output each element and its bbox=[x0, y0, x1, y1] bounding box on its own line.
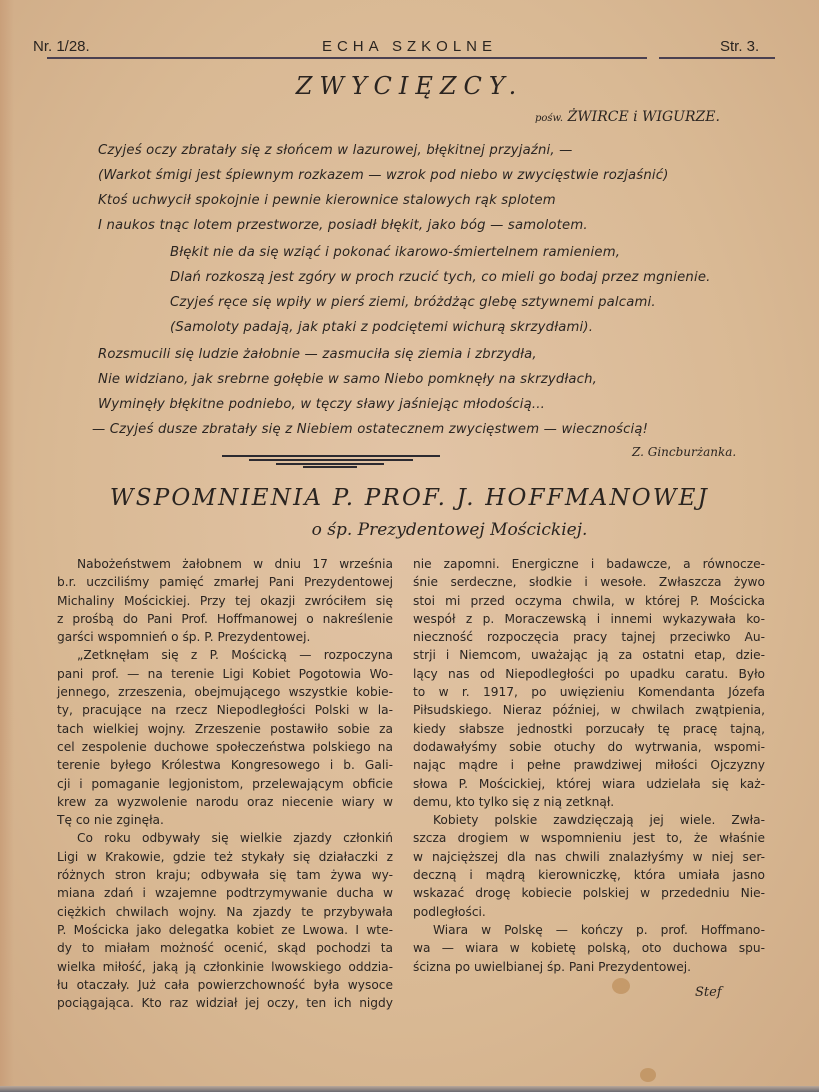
article-text-line: nie zapomni. Energiczne i badawcze, a ró… bbox=[413, 555, 765, 573]
poem-line: Ktoś uchwycił spokojnie i pewnie kierown… bbox=[98, 193, 556, 208]
page-edge-bottom bbox=[0, 1086, 819, 1092]
article-signature: Stef bbox=[695, 985, 722, 1000]
article-text-line: b.r. uczciliśmy pamięć zmarłej Pani Prez… bbox=[57, 573, 393, 591]
article-text-line: nając mądre i pełne prawdziwej miłości O… bbox=[413, 756, 765, 774]
article-text-line: dodawałyśmy sobie otuchy do wytrwania, w… bbox=[413, 738, 765, 756]
article-text-line: podległości. bbox=[413, 903, 765, 921]
page-number: Str. 3. bbox=[720, 38, 759, 55]
article-text-line: wa — wiara w kobietę polską, oto duchowa… bbox=[413, 939, 765, 957]
poem-line: (Samoloty padają, jak ptaki z podciętemi… bbox=[170, 320, 593, 335]
article-text-line: kiedy słabsze jednostki porzucały tę pra… bbox=[413, 720, 765, 738]
article-text-line: to w r. 1917, po uwięzieniu Komendanta J… bbox=[413, 683, 765, 701]
publication-title: ECHA SZKOLNE bbox=[0, 38, 819, 55]
paper-stain bbox=[640, 1068, 656, 1082]
poem-title: ZWYCIĘZCY. bbox=[0, 72, 819, 100]
article-text-line: Nabożeństwem żałobnem w dniu 17 września bbox=[57, 555, 393, 573]
article-text-line: wskazać drogę kobiecie polskiej w przede… bbox=[413, 884, 765, 902]
article-text-line: strji i Niemcom, uważając ją za ostatni … bbox=[413, 646, 765, 664]
article-subtitle: o śp. Prezydentowej Mościckiej. bbox=[0, 520, 819, 540]
article-text-line: P. Mościcka jako delegatka kobiet ze Lwo… bbox=[57, 921, 393, 939]
ornament-rule-4 bbox=[303, 466, 357, 468]
poem-line: Czyjeś ręce się wpiły w pierś ziemi, bró… bbox=[170, 295, 656, 310]
header-rule-left bbox=[47, 57, 213, 59]
article-text-line: demu, kto tylko się z nią zetknął. bbox=[413, 793, 765, 811]
dedication-names: ŻWIRCE i WIGURZE. bbox=[568, 109, 720, 125]
article-left-column: Nabożeństwem żałobnem w dniu 17 września… bbox=[57, 555, 393, 1012]
ornament-rule-3 bbox=[276, 463, 384, 465]
article-text-line: w najcięższej dla nas chwili znalazłyśmy… bbox=[413, 848, 765, 866]
article-text-line: jennego, zrzeszenia, obejmującego wszyst… bbox=[57, 683, 393, 701]
header-rule-mid-left bbox=[213, 57, 437, 59]
article-text-line: pociągająca. Kto raz widział jej oczy, t… bbox=[57, 994, 393, 1012]
article-text-line: miana zdań i wzajemne podtrzymywanie duc… bbox=[57, 884, 393, 902]
article-text-line: cel zespolenie duchowe społeczeństwa pol… bbox=[57, 738, 393, 756]
page-edge-shadow bbox=[0, 0, 14, 1092]
article-text-line: ciężkich chwilach wojny. Na zjazdy te pr… bbox=[57, 903, 393, 921]
article-text-line: z prośbą do Pani Prof. Hoffmanowej o nak… bbox=[57, 610, 393, 628]
article-text-line: pani prof. — na terenie Ligi Kobiet Pogo… bbox=[57, 665, 393, 683]
header-rule-mid-right bbox=[437, 57, 647, 59]
article-text-line: lący nas od Niepodległości po upadku car… bbox=[413, 665, 765, 683]
article-text-line: Wiara w Polskę — kończy p. prof. Hoffman… bbox=[413, 921, 765, 939]
poem-line: Dlań rozkoszą jest zgóry w proch rzucić … bbox=[170, 270, 711, 285]
article-text-line: Co roku odbywały się wielkie zjazdy czło… bbox=[57, 829, 393, 847]
article-text-line: terenie byłego Królestwa Kongresowego i … bbox=[57, 756, 393, 774]
header-rule-right bbox=[659, 57, 775, 59]
poem-line: (Warkot śmigi jest śpiewnym rozkazem — w… bbox=[98, 168, 669, 183]
article-text-line: śnie serdeczne, słodkie i wesołe. Zwłasz… bbox=[413, 573, 765, 591]
article-text-line: różnych stron kraju; odbywała się tam ży… bbox=[57, 866, 393, 884]
newspaper-page: Nr. 1/28. ECHA SZKOLNE Str. 3. ZWYCIĘZCY… bbox=[0, 0, 819, 1092]
poem-line: Czyjeś oczy zbratały się z słońcem w laz… bbox=[98, 143, 573, 158]
article-text-line: garści wspomnień o śp. P. Prezydentowej. bbox=[57, 628, 393, 646]
article-text-line: słowa P. Mościckiej, której wiara udziel… bbox=[413, 775, 765, 793]
article-text-line: dy to miałam możność ocenić, skąd pochod… bbox=[57, 939, 393, 957]
poem-line: Rozsmucili się ludzie żałobnie — zasmuci… bbox=[98, 347, 537, 362]
article-text-line: cji i pomaganie legjonistom, przelewając… bbox=[57, 775, 393, 793]
poem-author: Z. Gincburżanka. bbox=[632, 445, 736, 459]
poem-dedication: pośw. ŻWIRCE i WIGURZE. bbox=[535, 109, 720, 125]
ornament-rule-1 bbox=[222, 455, 440, 457]
article-text-line: szcza drogiem w wspomnieniu jest to, że … bbox=[413, 829, 765, 847]
article-text-line: krew za wyzwolenie narodu oraz niecenie … bbox=[57, 793, 393, 811]
poem-line: Wyminęły błękitne podniebo, w tęczy sław… bbox=[98, 397, 545, 412]
article-text-line: nieczność rozpoczęcia pracy tajnej przec… bbox=[413, 628, 765, 646]
article-text-line: Piłsudskiego. Nieraz później, w chwilach… bbox=[413, 701, 765, 719]
article-text-line: ścizna po uwielbianej śp. Pani Prezydent… bbox=[413, 958, 765, 976]
dedication-prefix: pośw. bbox=[535, 113, 563, 124]
article-text-line: stoi mi przed oczyma chwila, w której P.… bbox=[413, 592, 765, 610]
article-title: WSPOMNIENIA P. PROF. J. HOFFMANOWEJ bbox=[0, 485, 819, 511]
poem-line: I naukos tnąc lotem przestworze, posiadł… bbox=[98, 218, 588, 233]
article-text-line: Tę co nie zginęła. bbox=[57, 811, 393, 829]
article-text-line: ty, pracujące na rzecz Niepodległości Po… bbox=[57, 701, 393, 719]
article-right-column: nie zapomni. Energiczne i badawcze, a ró… bbox=[413, 555, 765, 976]
article-text-line: Kobiety polskie zawdzięczają jej wiele. … bbox=[413, 811, 765, 829]
article-text-line: wespół z p. Moraczewską i innemi wykazyw… bbox=[413, 610, 765, 628]
poem-line: Błękit nie da się wziąć i pokonać ikarow… bbox=[170, 245, 620, 260]
paper-stain bbox=[612, 978, 630, 994]
article-text-line: łu otaczały. Już cała powierzchowność by… bbox=[57, 976, 393, 994]
article-text-line: „Zetknęłam się z P. Mościcką — rozpoczyn… bbox=[57, 646, 393, 664]
article-text-line: wielka miłość, jaką ją członkinie lwowsk… bbox=[57, 958, 393, 976]
article-text-line: Ligi w Krakowie, gdzie też stykały się d… bbox=[57, 848, 393, 866]
article-text-line: tach wielkiej wojny. Zrzeszenie postawił… bbox=[57, 720, 393, 738]
article-text-line: Michaliny Mościckiej. Przy tej okazji zw… bbox=[57, 592, 393, 610]
article-text-line: deczną i mądrą kierowniczkę, która umiał… bbox=[413, 866, 765, 884]
ornament-rule-2 bbox=[249, 459, 413, 461]
poem-line: — Czyjeś dusze zbratały się z Niebiem os… bbox=[92, 422, 648, 437]
poem-line: Nie widziano, jak srebrne gołębie w samo… bbox=[98, 372, 597, 387]
